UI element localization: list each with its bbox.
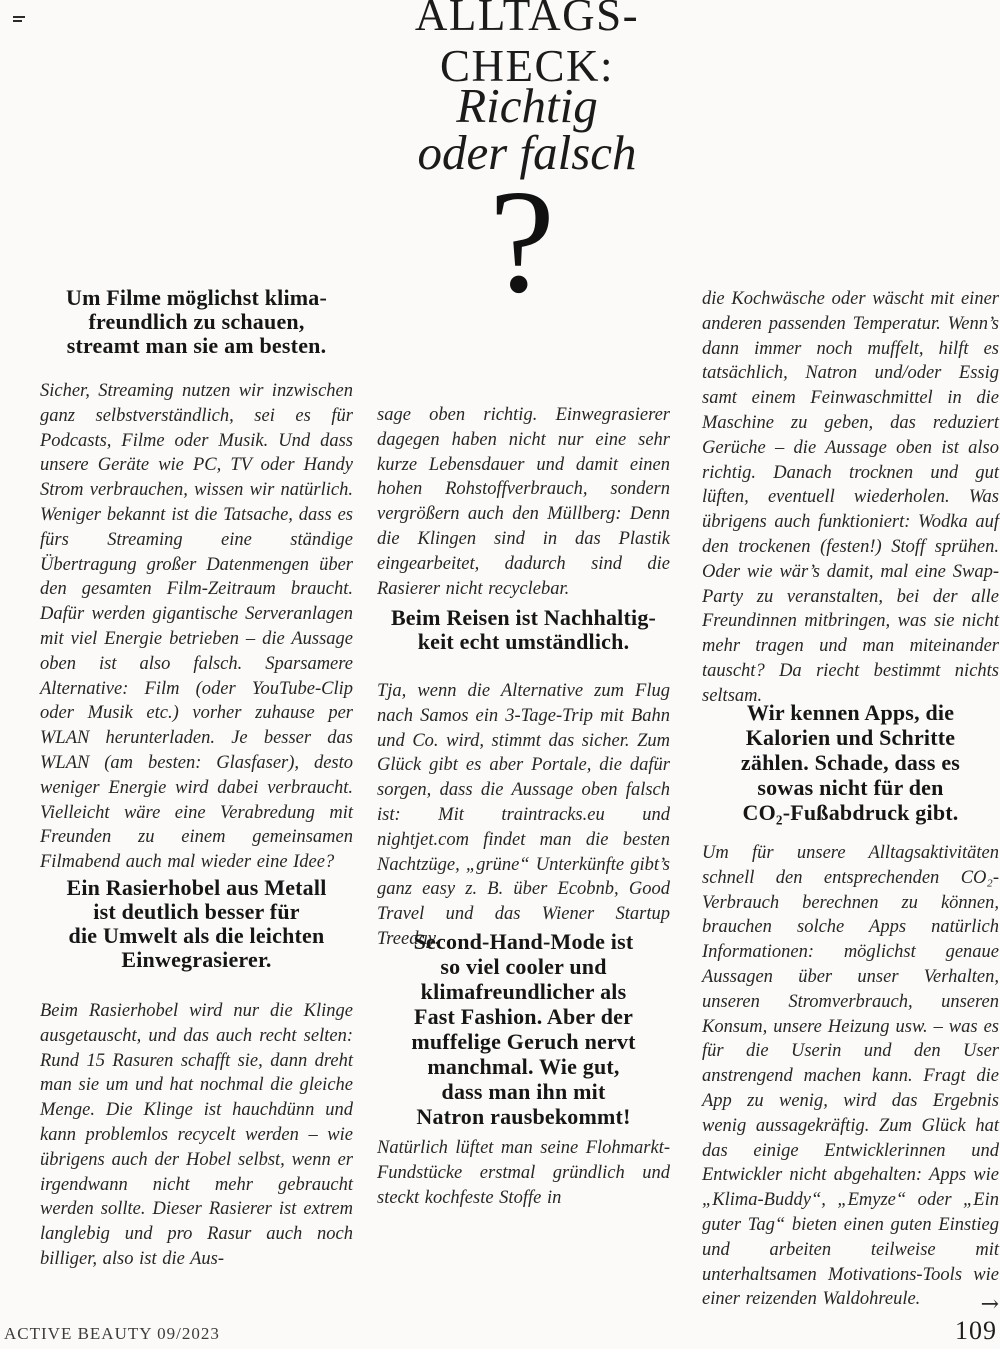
footer-magazine-issue: ACTIVE BEAUTY 09/2023 [4,1324,220,1344]
body-paragraph-razor-continued: sage oben richtig. Einwegrasierer dagege… [377,403,670,601]
statement-heading-secondhand: Second-Hand-Mode ist so viel cooler und … [377,929,670,1129]
body-paragraph-travel: Tja, wenn die Alternative zum Flug nach … [377,679,670,952]
registration-mark-icon [13,16,25,25]
registration-mark-bar [13,20,22,22]
footer-page-number: 109 [955,1316,997,1346]
magazine-page: ALLTAGS- CHECK: Richtig oder falsch ? Um… [0,0,1000,1349]
registration-mark-bar [13,16,25,18]
statement-heading-razor: Ein Rasierhobel aus Metall ist deutlich … [40,876,353,972]
body-paragraph-streaming: Sicher, Streaming nutzen wir inzwischen … [40,379,353,875]
question-mark-graphic: ? [352,168,692,316]
statement-heading-streaming: Um Filme möglichst klima- freundlich zu … [40,286,353,358]
body-paragraph-co2-apps-text: Um für unsere Alltagsaktivitäten schnell… [702,843,999,1309]
statement-heading-co2-apps: Wir kennen Apps, die Kalorien und Schrit… [702,700,999,825]
continuation-arrow-icon: → [981,1294,999,1316]
body-paragraph-co2-apps: Um für unsere Alltagsaktivitäten schnell… [702,841,999,1316]
body-paragraph-secondhand-continued: die Kochwäsche oder wäscht mit einer and… [702,287,999,709]
statement-heading-travel: Beim Reisen ist Nachhaltig- keit echt um… [377,606,670,654]
body-paragraph-secondhand: Natürlich lüftet man seine Flohmarkt-Fun… [377,1136,670,1210]
body-paragraph-razor: Beim Rasierhobel wird nur die Klinge aus… [40,999,353,1272]
